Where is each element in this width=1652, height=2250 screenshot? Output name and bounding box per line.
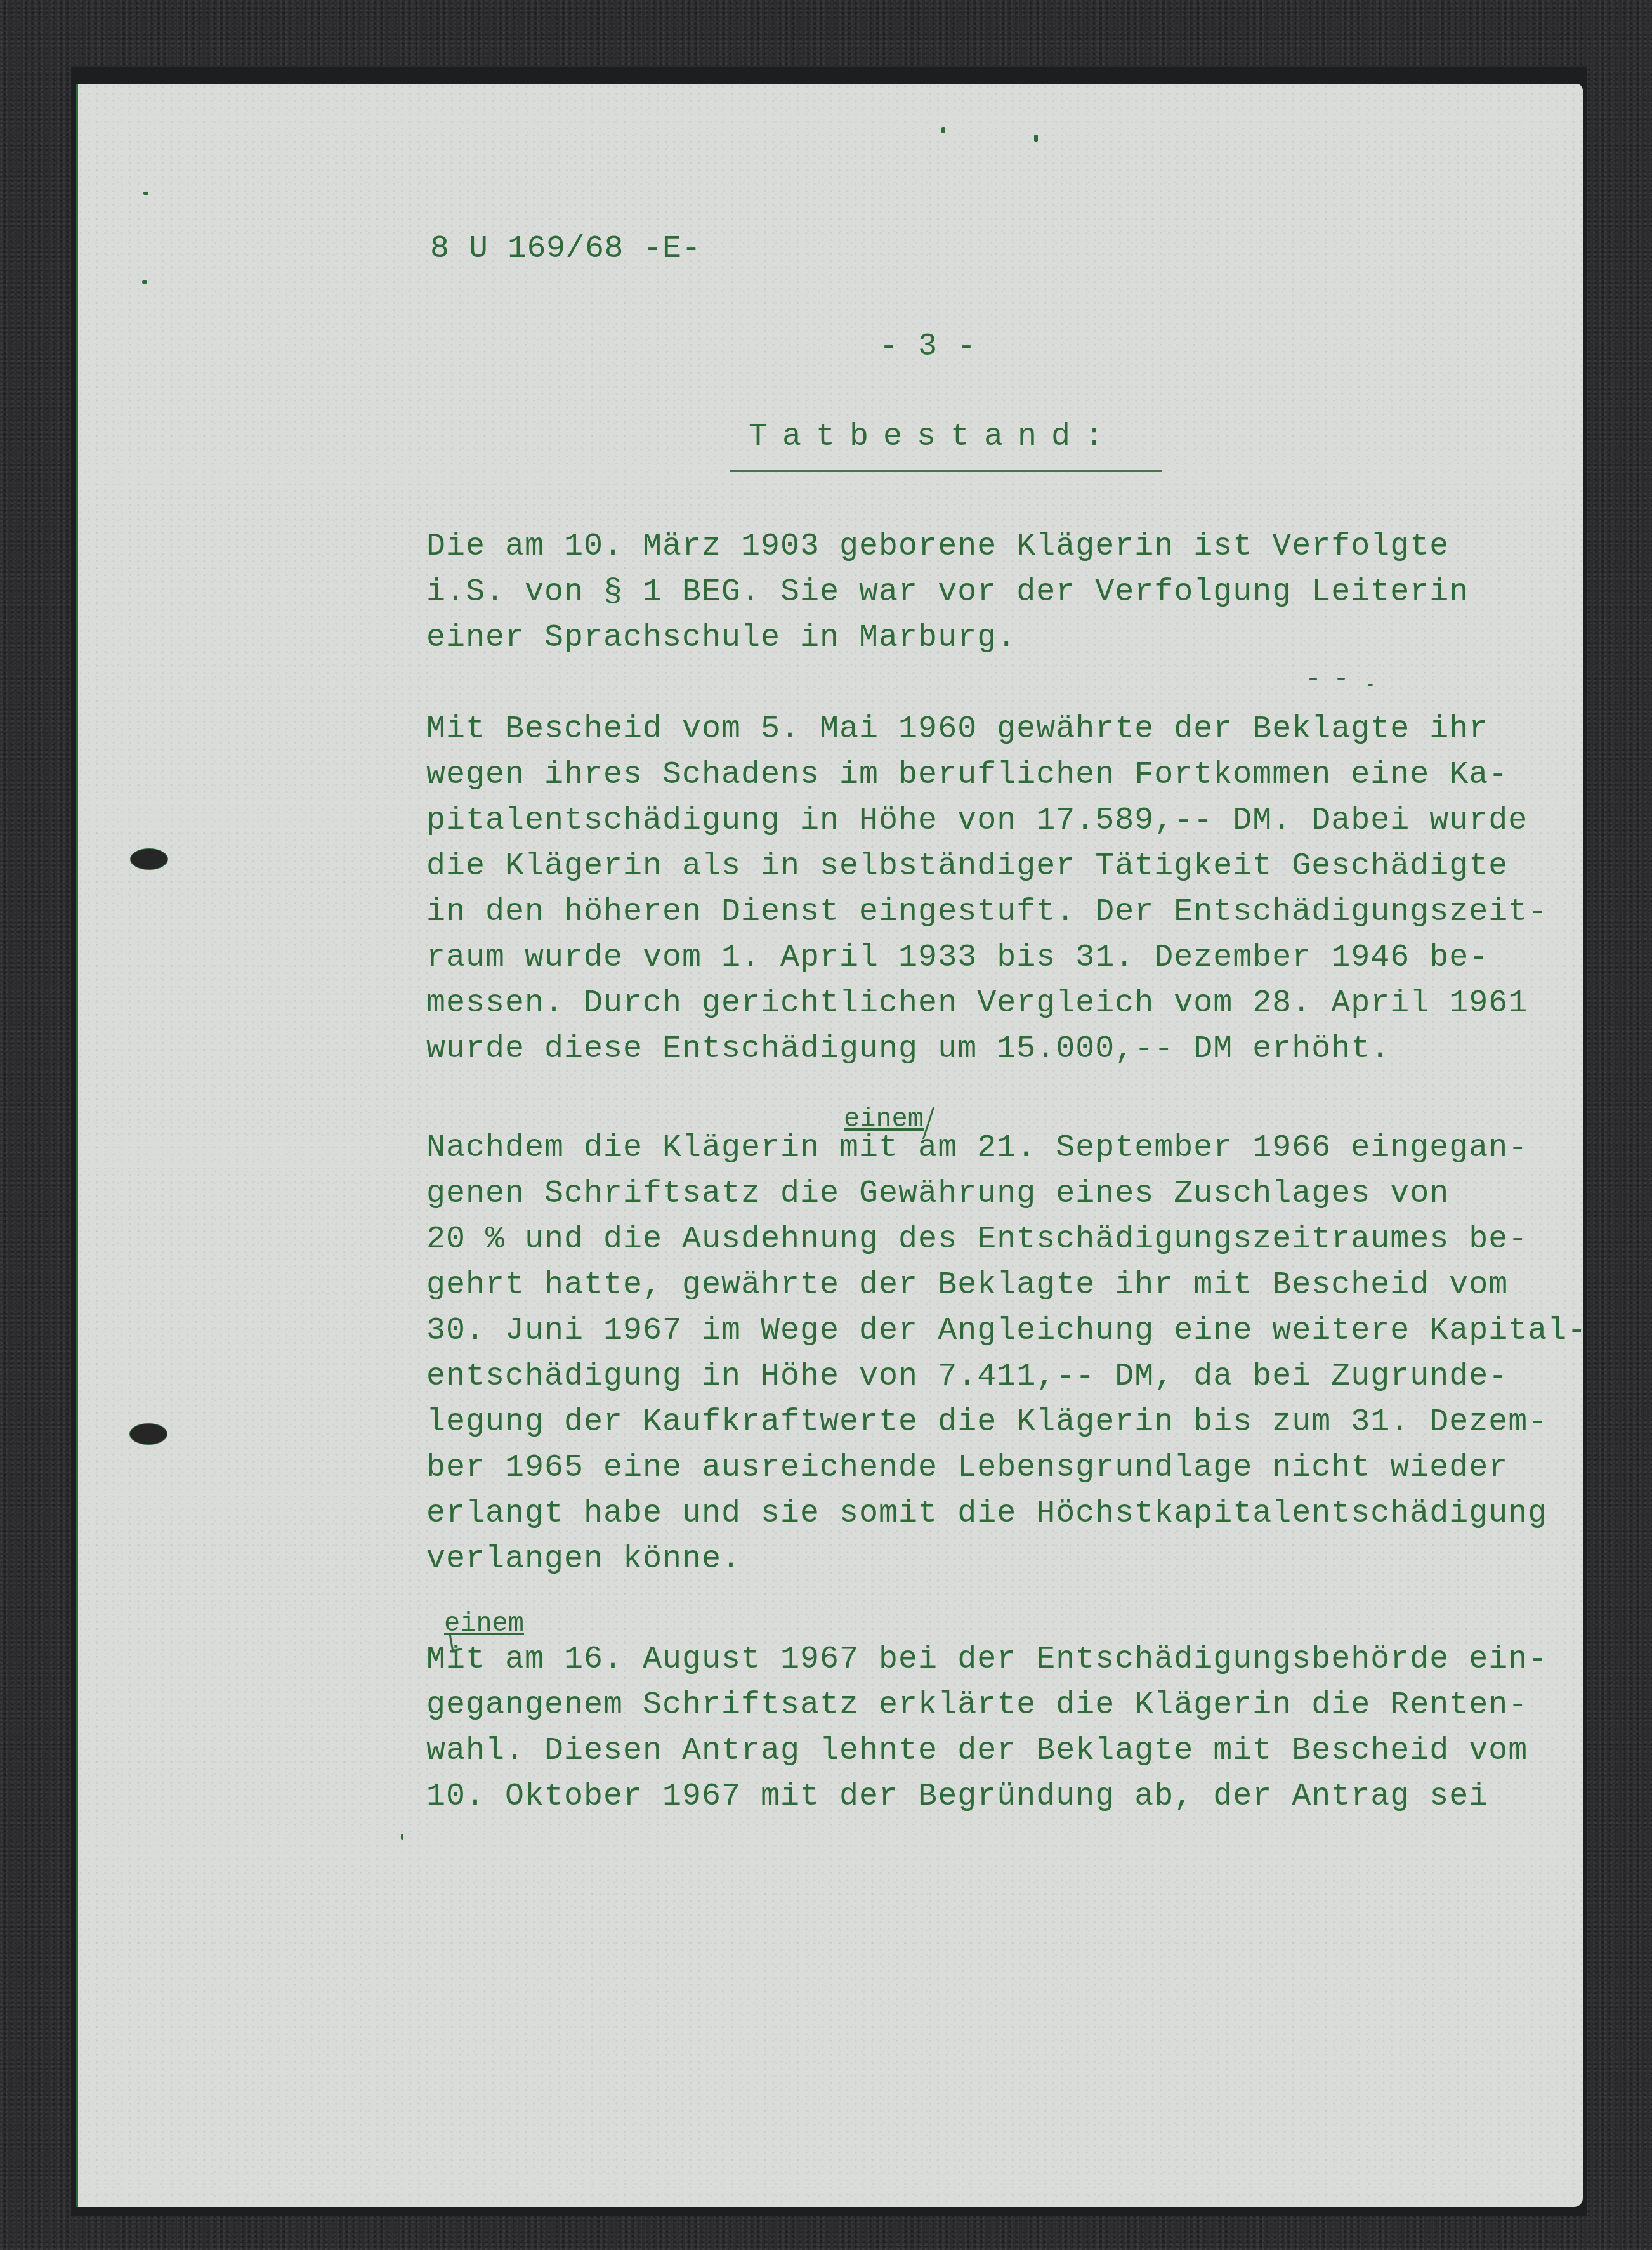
text-line: legung der Kaufkraftwerte die Klägerin b… (426, 1400, 1587, 1445)
ink-speck (1368, 684, 1373, 686)
text-line: gegangenem Schriftsatz erklärte die Kläg… (426, 1683, 1547, 1728)
text-line: in den höheren Dienst eingestuft. Der En… (426, 890, 1547, 935)
text-line: Mit am 16. August 1967 bei der Entschädi… (426, 1637, 1547, 1683)
text-line: gehrt hatte, gewährte der Beklagte ihr m… (426, 1263, 1587, 1308)
text-line: Mit Bescheid vom 5. Mai 1960 gewährte de… (426, 707, 1547, 753)
text-line: 30. Juni 1967 im Wege der Angleichung ei… (426, 1308, 1587, 1354)
text-line: i.S. von § 1 BEG. Sie war vor der Verfol… (426, 570, 1469, 615)
text-line: wurde diese Entschädigung um 15.000,-- D… (426, 1027, 1547, 1072)
text-line: raum wurde vom 1. April 1933 bis 31. Dez… (426, 935, 1547, 981)
text-line: 10. Oktober 1967 mit der Begründung ab, … (426, 1774, 1547, 1820)
text-line: ber 1965 eine ausreichende Lebensgrundla… (426, 1445, 1587, 1491)
text-line: Die am 10. März 1903 geborene Klägerin i… (426, 524, 1469, 570)
text-line: verlangen könne. (426, 1537, 1587, 1582)
text-line: einer Sprachschule in Marburg. (426, 615, 1469, 661)
text-line: messen. Durch gerichtlichen Vergleich vo… (426, 981, 1547, 1027)
text-line: pitalentschädigung in Höhe von 17.589,--… (426, 798, 1547, 844)
text-line: 20 % und die Ausdehnung des Entschädigun… (426, 1217, 1587, 1263)
page-number: - 3 - (879, 331, 976, 363)
heading-underline (730, 470, 1162, 472)
punch-hole-bottom (130, 1424, 167, 1444)
text-line: erlangt habe und sie somit die Höchstkap… (426, 1491, 1587, 1537)
paragraph-3: Nachdem die Klägerin mit am 21. Septembe… (426, 1126, 1587, 1582)
text-line: entschädigung in Höhe von 7.411,-- DM, d… (426, 1354, 1587, 1400)
text-line: genen Schriftsatz die Gewährung eines Zu… (426, 1171, 1587, 1217)
paragraph-1: Die am 10. März 1903 geborene Klägerin i… (426, 524, 1469, 661)
punch-hole-top (131, 849, 167, 869)
ink-speck (1309, 678, 1317, 680)
paragraph-2: Mit Bescheid vom 5. Mai 1960 gewährte de… (426, 707, 1547, 1072)
file-reference: 8 U 169/68 -E- (430, 234, 701, 265)
ink-speck (401, 1834, 403, 1840)
ink-speck (143, 192, 148, 195)
paragraph-4: Mit am 16. August 1967 bei der Entschädi… (426, 1637, 1547, 1820)
ink-speck (1034, 135, 1038, 142)
text-line: die Klägerin als in selbständiger Tätigk… (426, 844, 1547, 890)
section-heading: Tatbestand: (749, 421, 1118, 453)
ink-speck (941, 127, 945, 133)
text-line: wegen ihres Schadens im beruflichen Fort… (426, 753, 1547, 798)
ink-speck (142, 280, 147, 284)
text-line: Nachdem die Klägerin mit am 21. Septembe… (426, 1126, 1587, 1171)
ink-speck (1337, 678, 1345, 680)
text-line: wahl. Diesen Antrag lehnte der Beklagte … (426, 1728, 1547, 1774)
